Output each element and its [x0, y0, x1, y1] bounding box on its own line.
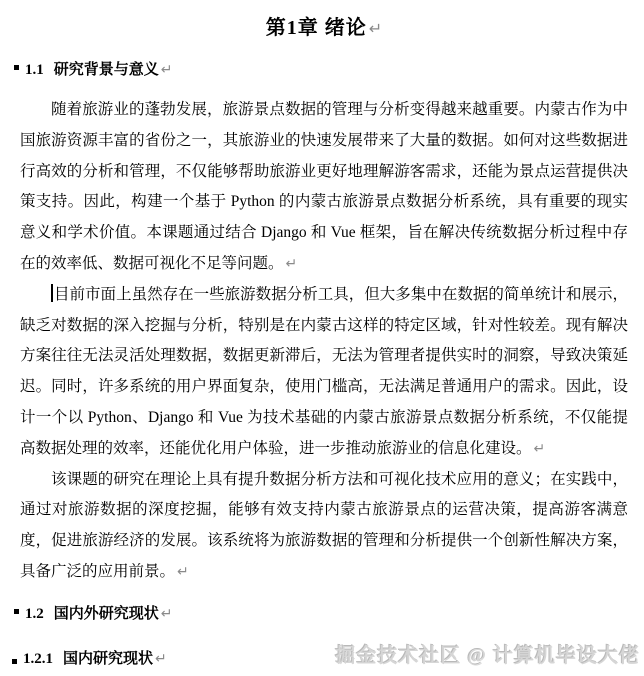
paragraph-mark-icon: ↵: [177, 564, 189, 580]
heading-square-mark-icon: [12, 659, 17, 664]
text-cursor: [51, 284, 53, 302]
paragraph-text: 随着旅游业的蓬勃发展，旅游景点数据的管理与分析变得越来越重要。内蒙古作为中国旅游…: [20, 101, 628, 272]
paragraph-mark-icon: ↵: [161, 606, 173, 622]
document-page: 第1章 绪论↵ 1.1研究背景与意义↵ 随着旅游业的蓬勃发展，旅游景点数据的管理…: [0, 0, 644, 676]
section-number: 1.1: [25, 62, 44, 78]
chapter-title-line: 第1章 绪论↵: [20, 0, 628, 41]
watermark: 掘金技术社区 @ 计算机毕设大佬: [335, 639, 640, 668]
paragraph-mark-icon: ↵: [286, 256, 298, 272]
paragraph-text: 目前市面上虽然存在一些旅游数据分析工具，但大多集中在数据的简单统计和展示，缺乏对…: [20, 286, 628, 457]
section-heading-1-1[interactable]: 1.1研究背景与意义↵: [14, 60, 628, 80]
paragraph-2[interactable]: 目前市面上虽然存在一些旅游数据分析工具，但大多集中在数据的简单统计和展示，缺乏对…: [20, 280, 628, 465]
paragraph-mark-icon: ↵: [369, 19, 382, 38]
heading-square-mark-icon: [14, 609, 19, 614]
paragraph-mark-icon: ↵: [534, 441, 546, 457]
heading-square-mark-icon: [14, 65, 19, 70]
section-heading-1-2[interactable]: 1.2国内外研究现状↵: [14, 604, 628, 624]
paragraph-mark-icon: ↵: [161, 62, 173, 78]
paragraph-mark-icon: ↵: [155, 651, 167, 667]
paragraph-1[interactable]: 随着旅游业的蓬勃发展，旅游景点数据的管理与分析变得越来越重要。内蒙古作为中国旅游…: [20, 95, 628, 280]
section-title: 国内外研究现状: [54, 606, 159, 622]
section-number: 1.2: [25, 606, 44, 622]
chapter-title[interactable]: 第1章 绪论: [266, 17, 367, 39]
paragraph-3[interactable]: 该课题的研究在理论上具有提升数据分析方法和可视化技术应用的意义；在实践中，通过对…: [20, 465, 628, 588]
section-number: 1.2.1: [23, 651, 53, 667]
section-title: 国内研究现状: [63, 651, 153, 667]
paragraph-text: 该课题的研究在理论上具有提升数据分析方法和可视化技术应用的意义；在实践中，通过对…: [20, 471, 628, 580]
section-title: 研究背景与意义: [54, 62, 159, 78]
